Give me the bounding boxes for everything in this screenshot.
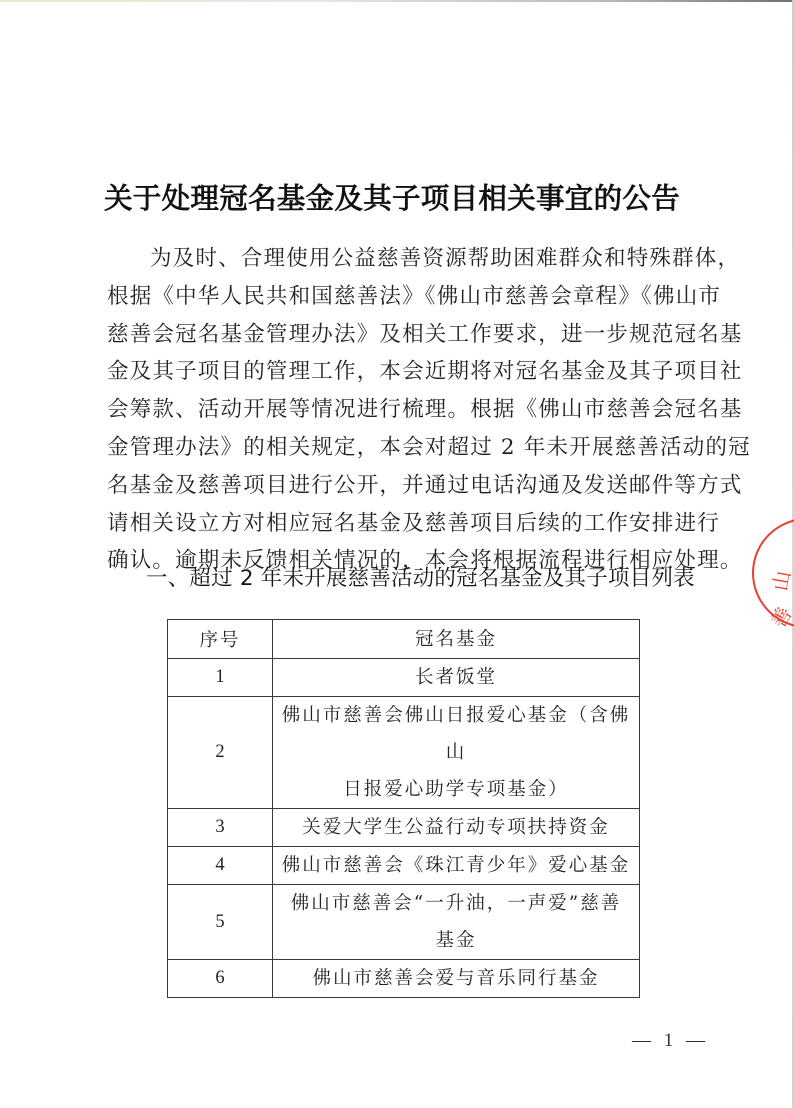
body-line: 为及时、合理使用公益慈善资源帮助困难群众和特殊群体， — [107, 240, 707, 278]
row-name-line: 佛山市慈善会爱与音乐同行基金 — [273, 960, 639, 997]
row-no: 2 — [168, 697, 273, 809]
row-name-line: 基金 — [273, 922, 639, 959]
row-name-line: 日报爱心助学专项基金） — [273, 771, 639, 808]
row-name: 关爱大学生公益行动专项扶持资金 — [273, 809, 640, 847]
row-name: 佛山市慈善会爱与音乐同行基金 — [273, 960, 640, 998]
section-heading: 一、超过 2 年未开展慈善活动的冠名基金及其子项目列表 — [146, 564, 695, 594]
row-name: 佛山市慈善会“一升油，一声爱”慈善 基金 — [273, 885, 640, 960]
document-title: 关于处理冠名基金及其子项目相关事宜的公告 — [104, 178, 704, 218]
row-no: 4 — [168, 847, 273, 885]
table-row: 4 佛山市慈善会《珠江青少年》爱心基金 — [168, 847, 640, 885]
body-line: 慈善会冠名基金管理办法》及相关工作要求，进一步规范冠名基 — [107, 316, 707, 354]
body-line: 金管理办法》的相关规定，本会对超过 2 年未开展慈善活动的冠 — [107, 429, 707, 467]
row-name-line: 佛山市慈善会“一升油，一声爱”慈善 — [273, 885, 639, 922]
row-no: 1 — [168, 659, 273, 697]
row-name-line: 关爱大学生公益行动专项扶持资金 — [273, 809, 639, 846]
table-header-row: 序号 冠名基金 — [168, 620, 640, 659]
body-line: 请相关设立方对相应冠名基金及慈善项目后续的工作安排进行 — [107, 505, 707, 543]
row-no: 5 — [168, 885, 273, 960]
row-name-line: 佛山市慈善会佛山日报爱心基金（含佛山 — [273, 697, 639, 771]
row-name: 佛山市慈善会《珠江青少年》爱心基金 — [273, 847, 640, 885]
header-name: 冠名基金 — [273, 620, 640, 659]
announcement-body: 为及时、合理使用公益慈善资源帮助困难群众和特殊群体， 根据《中华人民共和国慈善法… — [107, 240, 707, 580]
row-name: 佛山市慈善会佛山日报爱心基金（含佛山 日报爱心助学专项基金） — [273, 697, 640, 809]
table-row: 3 关爱大学生公益行动专项扶持资金 — [168, 809, 640, 847]
table-row: 6 佛山市慈善会爱与音乐同行基金 — [168, 960, 640, 998]
row-no: 3 — [168, 809, 273, 847]
body-line: 名基金及慈善项目进行公开，并通过电话沟通及发送邮件等方式 — [107, 467, 707, 505]
body-line: 根据《中华人民共和国慈善法》《佛山市慈善会章程》《佛山市 — [107, 278, 707, 316]
row-name-line: 长者饭堂 — [273, 659, 639, 696]
body-line: 会筹款、活动开展等情况进行梳理。根据《佛山市慈善会冠名基 — [107, 391, 707, 429]
fund-table: 序号 冠名基金 1 长者饭堂 2 佛山市慈善会佛山日报爱心基金（含佛山 日报爱心… — [167, 619, 640, 998]
body-line: 金及其子项目的管理工作，本会近期将对冠名基金及其子项目社 — [107, 353, 707, 391]
table-row: 5 佛山市慈善会“一升油，一声爱”慈善 基金 — [168, 885, 640, 960]
header-no: 序号 — [168, 620, 273, 659]
page-number: — 1 — — [632, 1030, 709, 1052]
scan-top-edge — [0, 0, 794, 2]
table-row: 1 长者饭堂 — [168, 659, 640, 697]
row-name: 长者饭堂 — [273, 659, 640, 697]
row-name-line: 佛山市慈善会《珠江青少年》爱心基金 — [273, 847, 639, 884]
row-no: 6 — [168, 960, 273, 998]
table-row: 2 佛山市慈善会佛山日报爱心基金（含佛山 日报爱心助学专项基金） — [168, 697, 640, 809]
